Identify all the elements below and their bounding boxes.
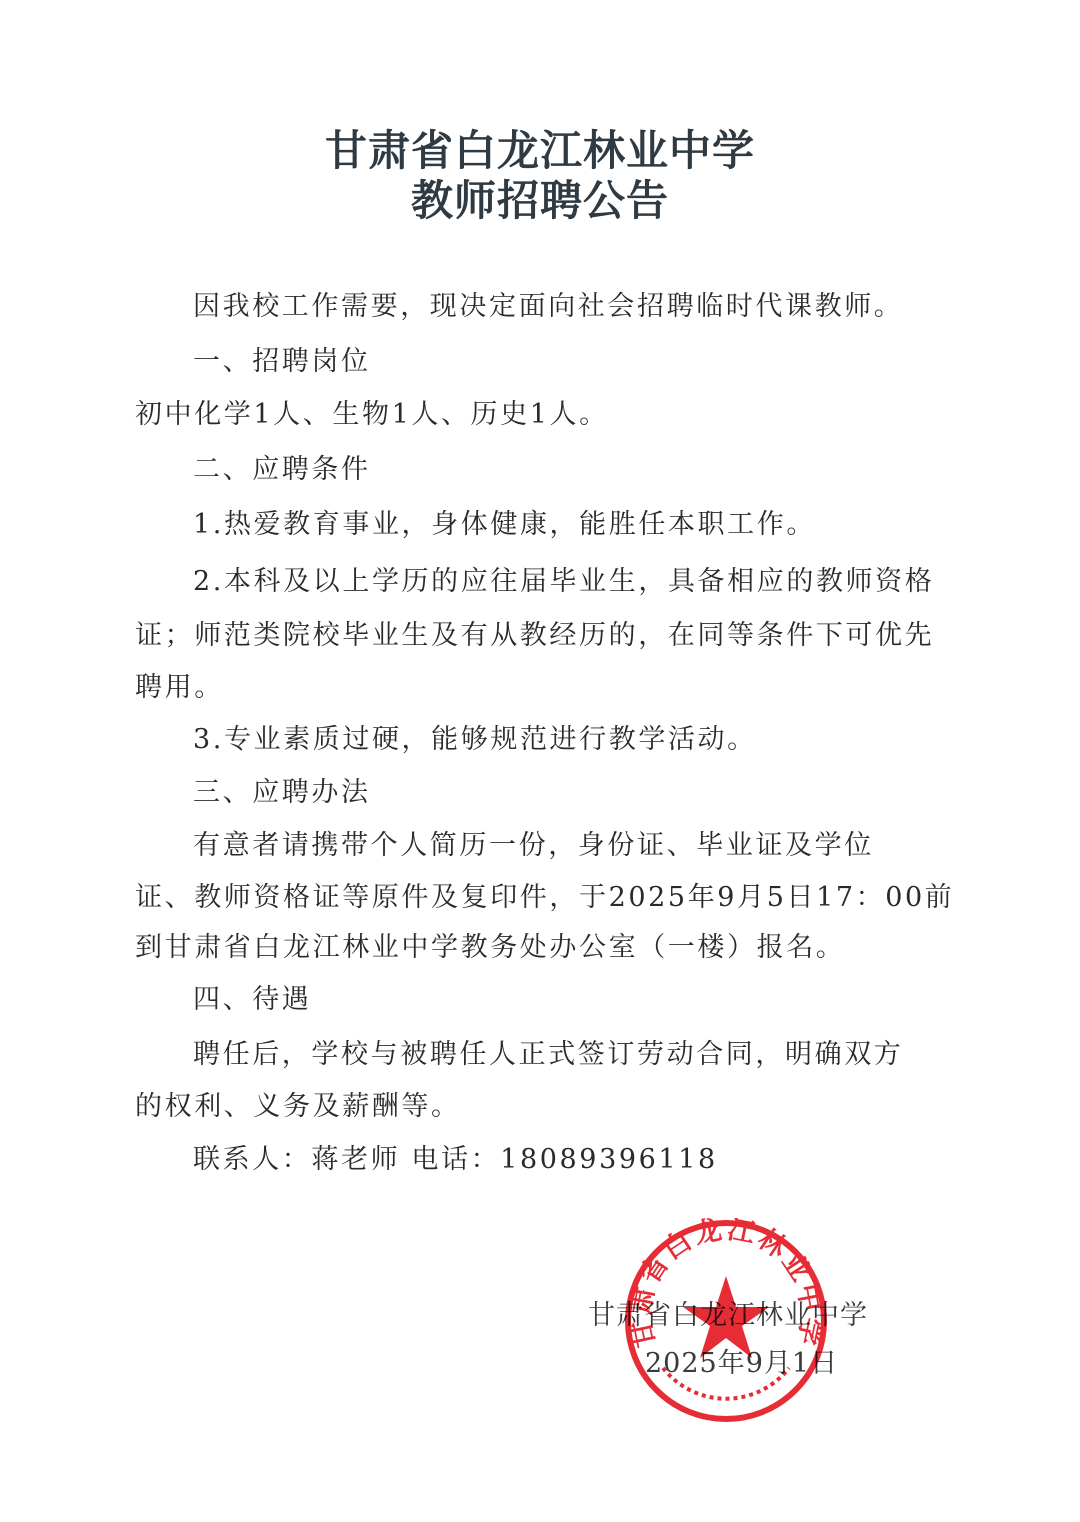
- requirement-2-line2: 证；师范类院校毕业生及有从教经历的，在同等条件下可优先: [135, 619, 934, 653]
- section-heading-benefits: 四、待遇: [193, 983, 311, 1017]
- official-seal-icon: 甘肃省白龙江林业中学: [623, 1218, 829, 1424]
- section-heading-positions: 一、招聘岗位: [193, 345, 371, 379]
- section-heading-application: 三、应聘办法: [193, 776, 371, 810]
- document-title-line2: 教师招聘公告: [0, 168, 1080, 228]
- positions-text: 初中化学1人、生物1人、历史1人。: [135, 398, 609, 432]
- intro-paragraph: 因我校工作需要，现决定面向社会招聘临时代课教师。: [193, 290, 903, 324]
- application-line2: 证、教师资格证等原件及复印件，于2025年9月5日17：00前: [135, 881, 954, 915]
- requirement-2-line1: 2.本科及以上学历的应往届毕业生，具备相应的教师资格: [193, 565, 934, 599]
- contact-info: 联系人：蒋老师 电话：18089396118: [193, 1143, 718, 1177]
- application-line3: 到甘肃省白龙江林业中学教务处办公室（一楼）报名。: [135, 931, 845, 965]
- benefits-line1: 聘任后，学校与被聘任人正式签订劳动合同，明确双方: [193, 1038, 903, 1072]
- requirement-3: 3.专业素质过硬，能够规范进行教学活动。: [193, 723, 757, 757]
- section-heading-requirements: 二、应聘条件: [193, 453, 371, 487]
- requirement-1: 1.热爱教育事业，身体健康，能胜任本职工作。: [193, 508, 816, 542]
- requirement-2-line3: 聘用。: [135, 671, 224, 705]
- benefits-line2: 的权利、义务及薪酬等。: [135, 1090, 461, 1124]
- application-line1: 有意者请携带个人简历一份，身份证、毕业证及学位: [193, 829, 874, 863]
